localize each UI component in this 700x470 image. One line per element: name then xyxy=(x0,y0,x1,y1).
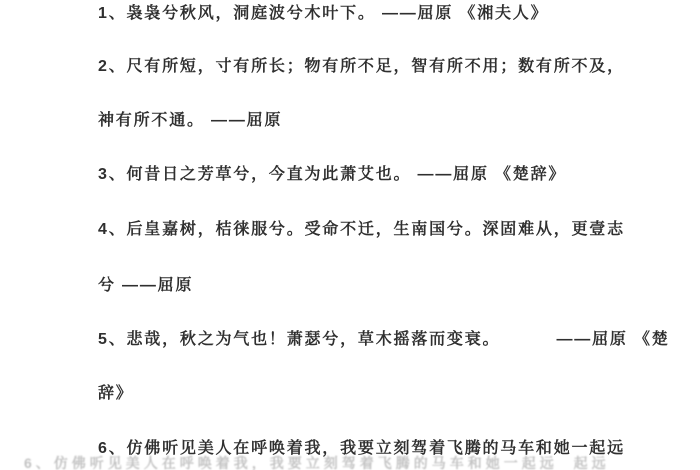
bottom-cutoff-faded-text: 6、仿佛听见美人在呼唤着我，我要立刻驾着飞腾的马车和她一起远 起远 xyxy=(24,455,610,470)
quote-line-2-continuation: 神有所不通。 ——屈原 xyxy=(98,112,282,130)
quote-line-4: 4、后皇嘉树，桔徕服兮。受命不迁，生南国兮。深固难从，更壹志 xyxy=(98,221,625,239)
document-page: 1、袅袅兮秋风，洞庭波兮木叶下。 ——屈原 《湘夫人》 2、尺有所短，寸有所长；… xyxy=(0,0,700,470)
quote-line-5: 5、悲哉，秋之为气也！萧瑟兮，草木摇落而变衰。 ——屈原 《楚 xyxy=(98,331,670,349)
quote-line-5-continuation: 辞》 xyxy=(98,385,134,403)
quote-line-4-continuation: 兮 ——屈原 xyxy=(98,277,193,295)
quote-line-2: 2、尺有所短，寸有所长；物有所不足，智有所不用；数有所不及， xyxy=(98,58,625,76)
quote-line-1: 1、袅袅兮秋风，洞庭波兮木叶下。 ——屈原 《湘夫人》 xyxy=(98,5,548,23)
quote-line-3: 3、何昔日之芳草兮，今直为此萧艾也。 ——屈原 《楚辞》 xyxy=(98,166,566,184)
